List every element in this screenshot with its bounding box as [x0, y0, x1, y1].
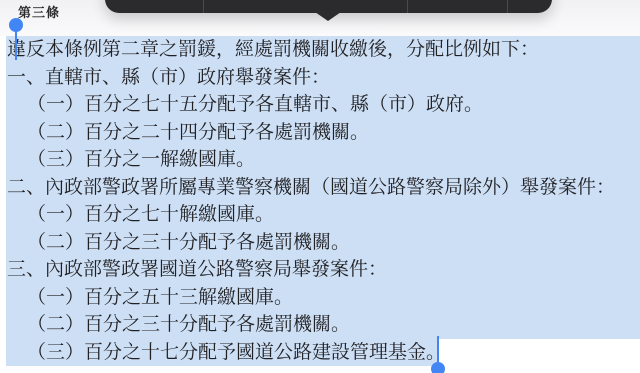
selection-start-caret[interactable]	[15, 30, 17, 60]
context-menu-item-1[interactable]	[105, 0, 203, 13]
selection-end-caret[interactable]	[437, 336, 439, 365]
article-number-label: 第三條	[18, 2, 60, 21]
selection-end-handle[interactable]	[431, 362, 445, 373]
text-line[interactable]: （一）百分之七十五分配予各直轄市、縣（市）政府。	[6, 91, 640, 119]
context-menu-caret-icon	[315, 12, 341, 21]
menu-divider	[407, 0, 408, 13]
text-line[interactable]: （三）百分之十七分配予國道公路建設管理基金。	[6, 339, 640, 367]
context-menu-item-3[interactable]	[408, 0, 507, 13]
context-menu-item-2[interactable]	[204, 0, 407, 13]
text-line[interactable]: （三）百分之一解繳國庫。	[6, 146, 640, 174]
text-line[interactable]: 三、內政部警政署國道公路警察局舉發案件：	[6, 256, 640, 284]
text-line[interactable]: （一）百分之七十解繳國庫。	[6, 201, 640, 229]
document-text[interactable]: 違反本條例第二章之罰鍰，經處罰機關收繳後，分配比例如下：一、直轄市、縣（市）政府…	[6, 36, 640, 366]
text-line[interactable]: 違反本條例第二章之罰鍰，經處罰機關收繳後，分配比例如下：	[6, 36, 640, 64]
text-line[interactable]: （二）百分之三十分配予各處罰機關。	[6, 311, 640, 339]
menu-divider	[507, 0, 508, 13]
context-menu-item-4[interactable]	[508, 0, 552, 13]
text-line[interactable]: 一、直轄市、縣（市）政府舉發案件：	[6, 64, 640, 92]
text-line[interactable]: （二）百分之二十四分配予各處罰機關。	[6, 119, 640, 147]
text-line[interactable]: 二、內政部警政署所屬專業警察機關（國道公路警察局除外）舉發案件：	[6, 174, 640, 202]
menu-divider	[203, 0, 204, 13]
text-line[interactable]: （一）百分之五十三解繳國庫。	[6, 284, 640, 312]
text-line[interactable]: （二）百分之三十分配予各處罰機關。	[6, 229, 640, 257]
